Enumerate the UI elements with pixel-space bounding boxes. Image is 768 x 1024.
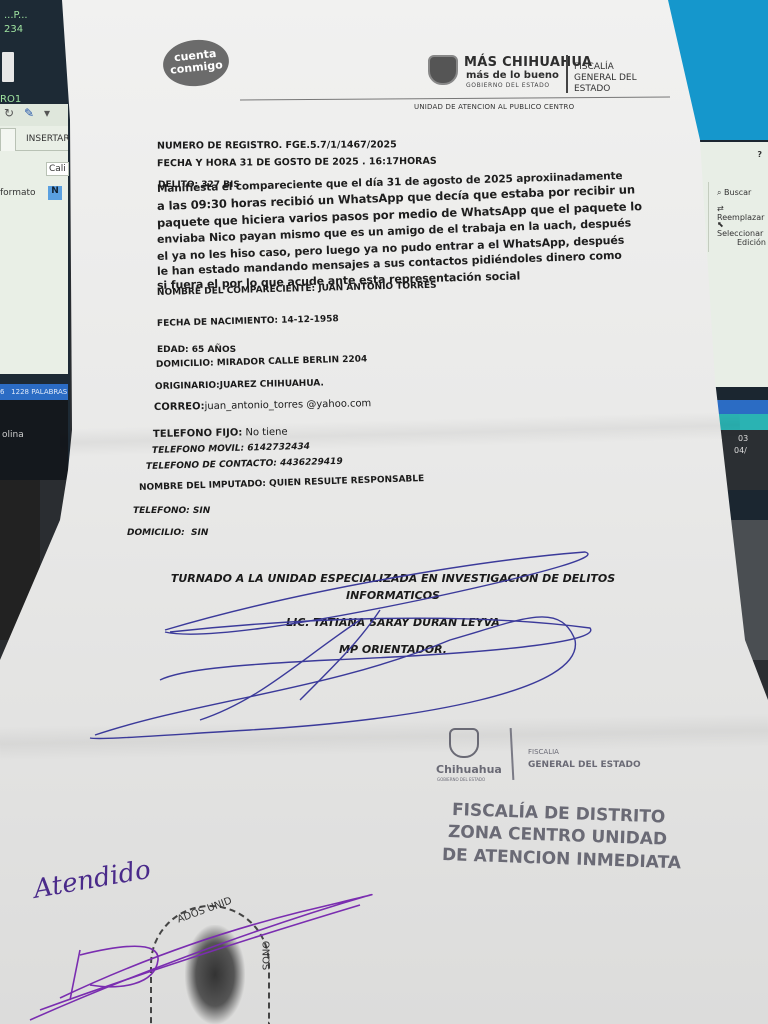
document-file-icon xyxy=(2,52,14,82)
ribbon-clipboard-group: formato Cali N xyxy=(0,152,68,218)
turnado-line: TURNADO A LA UNIDAD ESPECIALIZADA EN INV… xyxy=(158,572,628,585)
turnado-line: INFORMATICOS xyxy=(158,589,628,602)
brand-tagline: más de lo bueno xyxy=(466,70,559,81)
word-count: 1228 PALABRAS xyxy=(11,388,67,396)
chihuahua-shield-icon xyxy=(428,55,458,85)
stamp-office-1: FISCALIA xyxy=(528,748,559,756)
seal-text: ONOS xyxy=(259,941,270,971)
ribbon-tabs: INSERTAR xyxy=(0,128,68,151)
field-telefono-fijo: TELEFONO FIJO: No tiene xyxy=(153,427,288,440)
background-monitor-left: ...P... 234 RO1 ↻ ✎ ▾ INSERTAR formato C… xyxy=(0,0,70,480)
format-painter-icon: ✎ xyxy=(24,106,34,120)
eagle-emblem-icon xyxy=(185,925,245,1024)
bold-button: N xyxy=(48,186,62,200)
clock-date: 04/ xyxy=(734,446,747,455)
desktop-icon-label: 234 xyxy=(4,24,23,35)
editing-group: ⌕ Buscar ⇄ Reemplazar ⬉ Seleccionar Edic… xyxy=(708,182,768,252)
replace-icon: ⇄ xyxy=(717,204,724,213)
chihuahua-stamp-shield-icon xyxy=(449,728,479,758)
editing-group-label: Edición xyxy=(737,238,766,247)
page-indicator: 6 xyxy=(0,388,4,396)
taskbar-text: olina xyxy=(2,430,24,440)
word-statusbar: 6 1228 PALABRAS xyxy=(0,384,68,400)
stamp-office-2: GENERAL DEL ESTADO xyxy=(528,760,641,770)
quick-access-toolbar: ↻ ✎ ▾ xyxy=(0,104,68,126)
font-name-box: Cali xyxy=(46,162,69,176)
redo-icon: ↻ xyxy=(4,106,14,120)
field-edad: EDAD: 65 AÑOS xyxy=(157,345,236,355)
stamp-logo-text: Chihuahua xyxy=(436,763,502,776)
taskbar-left: olina xyxy=(0,400,68,480)
unit-name: UNIDAD DE ATENCION AL PUBLICO CENTRO xyxy=(414,103,574,111)
field-domicilio-imputado: DOMICILIO: SIN xyxy=(127,528,208,538)
tab-home xyxy=(0,128,16,151)
select-button: ⬉ Seleccionar xyxy=(717,220,768,238)
brand-sub: GOBIERNO DEL ESTADO xyxy=(466,82,550,89)
signatory-role: MP ORIENTADOR. xyxy=(158,643,628,656)
help-icon: ? xyxy=(757,150,762,159)
desktop-icon-label: ...P... xyxy=(4,10,28,21)
tab-insert: INSERTAR xyxy=(26,134,70,144)
brand-main: MÁS CHIHUAHUA xyxy=(464,55,592,70)
office-name: FISCALÍA GENERAL DEL ESTADO xyxy=(574,62,654,95)
binoculars-icon: ⌕ xyxy=(717,188,721,197)
find-button: ⌕ Buscar xyxy=(717,188,751,198)
registro-number: NUMERO DE REGISTRO. FGE.5.7/1/1467/2025 xyxy=(157,139,397,151)
chevron-down-icon: ▾ xyxy=(44,106,50,120)
header-divider xyxy=(566,55,568,93)
stamp-logo-sub: GOBIERNO DEL ESTADO xyxy=(437,777,485,782)
format-painter-label: formato xyxy=(0,188,36,198)
select-icon: ⬉ xyxy=(717,220,724,229)
signatory-name: LIC. TATIANA SARAY DURAN LEYVA xyxy=(158,616,628,629)
word-ribbon-left: ↻ ✎ ▾ INSERTAR formato Cali N xyxy=(0,104,68,374)
desktop-icon: ...P... 234 RO1 xyxy=(0,8,70,98)
field-telefono-imputado: TELEFONO: SIN xyxy=(133,506,210,516)
